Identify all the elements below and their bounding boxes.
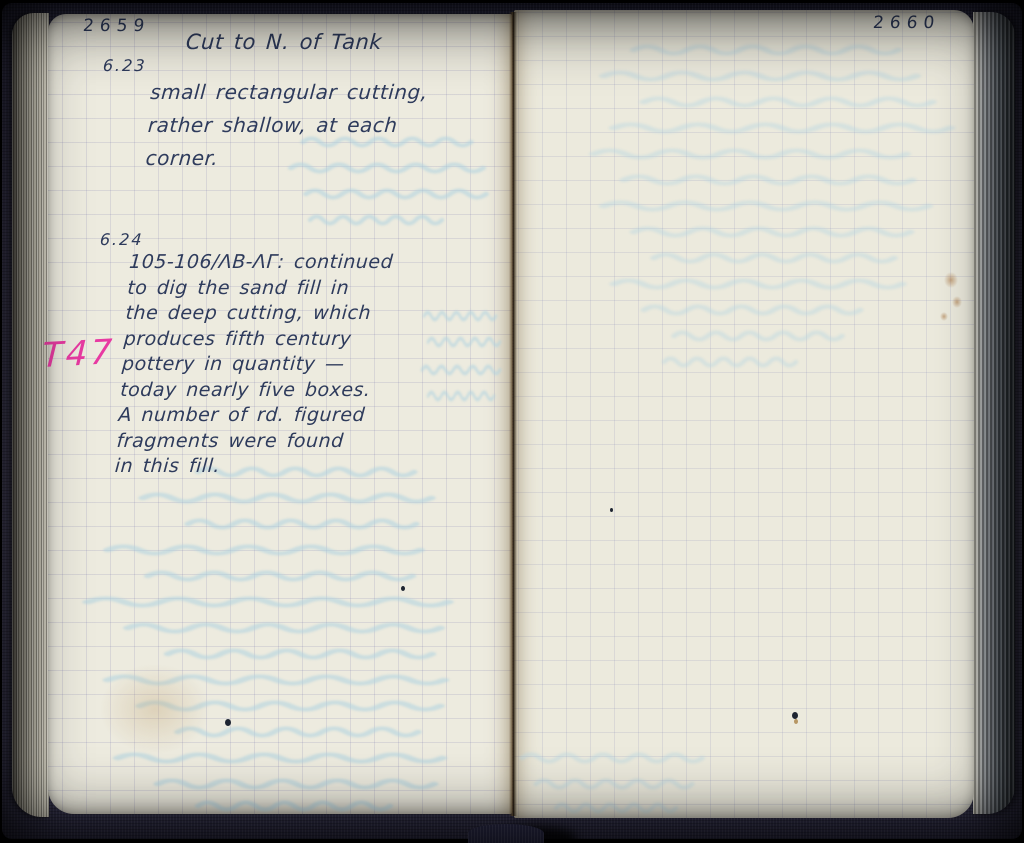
ink-speck bbox=[225, 719, 231, 726]
right-page: 2660 bbox=[514, 10, 974, 818]
entry-line: fragments were found bbox=[116, 429, 382, 455]
page-number-left: 2659 bbox=[82, 16, 151, 36]
bleed-through-right bbox=[514, 10, 974, 818]
entry-line: today nearly five boxes. bbox=[119, 378, 385, 404]
paper-stain bbox=[952, 296, 962, 308]
entry-line: produces fifth century bbox=[123, 327, 389, 353]
entry-line: to dig the sand fill in bbox=[126, 276, 392, 302]
page-stack-right-edge bbox=[973, 12, 1015, 814]
entry-label-623: 6.23 bbox=[102, 56, 147, 75]
entry-line: 105-106/ΛB-ΛΓ: continued bbox=[128, 250, 394, 276]
entry-body-624: 105-106/ΛB-ΛΓ: continued to dig the sand… bbox=[114, 250, 394, 480]
entry-line: small rectangular cutting, bbox=[149, 76, 429, 109]
spine-binding-bump bbox=[468, 824, 544, 843]
ink-speck bbox=[794, 719, 798, 724]
entry-line: pottery in quantity — bbox=[121, 352, 387, 378]
page-header: Cut to N. of Tank bbox=[185, 30, 383, 54]
entry-line: A number of rd. figured bbox=[118, 403, 384, 429]
paper-stain bbox=[100, 664, 210, 754]
margin-note-t47: T47 bbox=[41, 332, 116, 376]
entry-line: in this fill. bbox=[114, 454, 380, 480]
ink-speck bbox=[401, 586, 405, 591]
left-page: 2659 Cut to N. of Tank 6.23 small rectan… bbox=[48, 14, 512, 814]
page-stack-left-edge bbox=[12, 13, 49, 817]
notebook-scan: 2659 Cut to N. of Tank 6.23 small rectan… bbox=[0, 0, 1024, 843]
entry-body-623: small rectangular cutting, rather shallo… bbox=[145, 76, 429, 175]
entry-line: rather shallow, at each bbox=[147, 109, 427, 142]
entry-line: the deep cutting, which bbox=[125, 301, 391, 327]
entry-label-624: 6.24 bbox=[99, 230, 144, 249]
ink-speck bbox=[792, 712, 798, 719]
paper-stain bbox=[940, 312, 948, 321]
ink-speck bbox=[610, 508, 613, 512]
paper-stain bbox=[944, 272, 958, 288]
entry-line: corner. bbox=[145, 142, 425, 175]
page-number-right: 2660 bbox=[872, 13, 941, 33]
spine-gutter bbox=[509, 12, 517, 816]
